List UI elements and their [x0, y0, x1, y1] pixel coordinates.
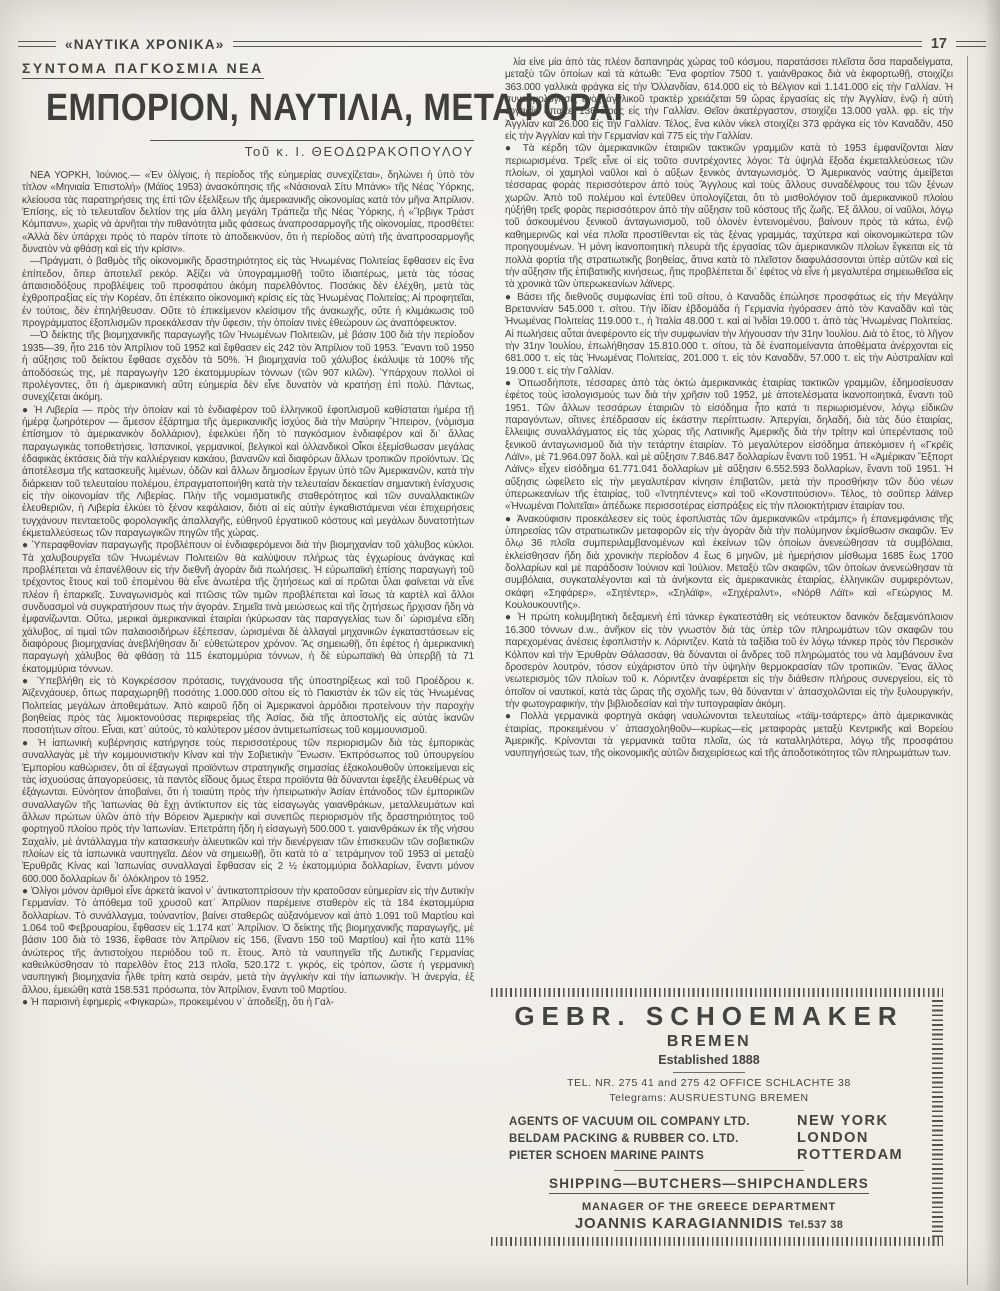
article-column-left: ΣΥΝΤΟΜΑ ΠΑΓΚΟΣΜΙΑ ΝΕΑ ΕΜΠΟΡΙΟΝ, ΝΑΥΤΙΛΙΑ…: [22, 60, 474, 1282]
ad-agents-list: AGENTS OF VACUUM OIL COMPANY LTD. NEW YO…: [509, 1113, 923, 1163]
scan-edge-shadow: [984, 0, 1000, 1291]
byline-rule: Τοῦ κ. Ι. ΘΕΟΔΩΡΑΚΟΠΟΥΛΟΥ: [150, 140, 474, 161]
ad-agent-name: BELDAM PACKING & RUBBER CO. LTD.: [509, 1133, 797, 1145]
ad-agent-city: ROTTERDAM: [797, 1147, 903, 1163]
ad-divider-rule: [673, 1072, 745, 1073]
article-paragraph: λία εἶνε μία ἀπὸ τὰς πλέον δαπανηρὰς χώρ…: [505, 57, 953, 143]
article-body-column-2: λία εἶνε μία ἀπὸ τὰς πλέον δαπανηρὰς χώρ…: [505, 57, 953, 985]
ad-established: Established 1888: [495, 1053, 923, 1067]
article-paragraph: —Ὁ δείκτης τῆς βιομηχανικῆς παραγωγῆς τῶ…: [22, 330, 474, 404]
ad-agent-city: NEW YORK: [797, 1113, 889, 1129]
ad-agent-city: LONDON: [797, 1130, 869, 1146]
article-byline: Τοῦ κ. Ι. ΘΕΟΔΩΡΑΚΟΠΟΥΛΟΥ: [245, 144, 474, 159]
ad-manager-name-text: JOANNIS KARAGIANNIDIS: [575, 1215, 783, 1232]
article-paragraph: —Πράγματι, ὁ βαθμὸς τῆς οἰκονομικῆς δρασ…: [22, 256, 474, 330]
section-kicker: ΣΥΝΤΟΜΑ ΠΑΓΚΟΣΜΙΑ ΝΕΑ: [22, 60, 264, 79]
article-paragraph: ΝΕΑ ΥΟΡΚΗ, Ἰούνιος.— «Ἐν ὀλίγοις, ἡ περί…: [22, 170, 474, 256]
right-margin-rule: [967, 56, 968, 1285]
ad-telegrams-line: Telegrams: AUSRUESTUNG BREMEN: [495, 1092, 923, 1104]
page-number: 17: [931, 36, 947, 52]
article-paragraph: ● Ὑπεβλήθη εἰς τὸ Κογκρέσσον πρότασις, τ…: [22, 676, 474, 738]
article-paragraph: ● Ἀνακούφισιν προεκάλεσεν εἰς τοὺς ἐφοπλ…: [505, 514, 953, 613]
ad-border-right: [932, 997, 943, 1237]
ad-company-name: GEBR. SCHOEMAKER: [495, 1001, 923, 1032]
header-rule-right: [956, 41, 986, 47]
advertisement-schoemaker: GEBR. SCHOEMAKER BREMEN Established 1888…: [491, 988, 943, 1246]
ad-agent-name: PIETER SCHOEN MARINE PAINTS: [509, 1150, 797, 1162]
article-paragraph: ● Τὰ κέρδη τῶν ἀμερικανικῶν ἑταιριῶν τακ…: [505, 143, 953, 291]
page-header: «ΝΑΥΤΙΚΑ ΧΡΟΝΙΚΑ» 17: [18, 36, 986, 52]
article-paragraph: ● Ὀλίγοι μόνον ἀριθμοὶ εἶνε ἀρκετὰ ἱκανο…: [22, 886, 474, 997]
article-paragraph: ● Πολλὰ γερμανικὰ φορτηγὰ σκάφη ναυλώνον…: [505, 711, 953, 760]
article-paragraph: ● Ἡ Λιβερία — πρὸς τὴν ὁποίαν καὶ τὸ ἐνδ…: [22, 405, 474, 541]
article-paragraph: ● Ὁπωσδήποτε, τέσσαρες ἀπὸ τὰς ὀκτὼ ἀμερ…: [505, 378, 953, 514]
header-rule-middle: [233, 41, 921, 47]
article-paragraph: ● Ἡ ἰαπωνικὴ κυβέρνησις κατήργησε τοὺς π…: [22, 738, 474, 886]
article-column-right: λία εἶνε μία ἀπὸ τὰς πλέον δαπανηρὰς χώρ…: [505, 57, 953, 985]
article-paragraph: ● Ὑπεραφθονίαν παραγωγῆς προβλέπουν οἱ ἐ…: [22, 540, 474, 676]
article-paragraph: ● Βάσει τῆς διεθνοῦς συμφωνίας ἐπὶ τοῦ σ…: [505, 292, 953, 378]
ad-agent-row: PIETER SCHOEN MARINE PAINTS ROTTERDAM: [509, 1147, 923, 1163]
ad-services-line: SHIPPING—BUTCHERS—SHIPCHANDLERS: [549, 1176, 869, 1194]
ad-manager-tel: Tel.537 38: [788, 1219, 843, 1231]
ad-agent-row: BELDAM PACKING & RUBBER CO. LTD. LONDON: [509, 1130, 923, 1146]
masthead-title: «ΝΑΥΤΙΚΑ ΧΡΟΝΙΚΑ»: [65, 37, 224, 52]
ad-agent-name: AGENTS OF VACUUM OIL COMPANY LTD.: [509, 1116, 797, 1128]
magazine-page: «ΝΑΥΤΙΚΑ ΧΡΟΝΙΚΑ» 17 ΣΥΝΤΟΜΑ ΠΑΓΚΟΣΜΙΑ Ν…: [0, 0, 1000, 1291]
article-headline: ΕΜΠΟΡΙΟΝ, ΝΑΥΤΙΛΙΑ, ΜΕΤΑΦΟΡΑΙ: [46, 86, 474, 129]
header-rule-left: [18, 41, 56, 47]
ad-content: GEBR. SCHOEMAKER BREMEN Established 1888…: [495, 1001, 923, 1232]
ad-manager-title: MANAGER OF THE GREECE DEPARTMENT: [495, 1201, 923, 1213]
article-paragraph: ● Ἡ παρισινὴ ἐφημερὶς «Φιγκαρὼ», προκειμ…: [22, 997, 474, 1009]
ad-manager-name: JOANNIS KARAGIANNIDIS Tel.537 38: [495, 1215, 923, 1232]
ad-agent-row: AGENTS OF VACUUM OIL COMPANY LTD. NEW YO…: [509, 1113, 923, 1129]
ad-border-bottom: [491, 1237, 943, 1246]
ad-company-city: BREMEN: [495, 1033, 923, 1051]
ad-border-top: [491, 988, 943, 997]
ad-telephone-line: TEL. NR. 275 41 and 275 42 OFFICE SCHLAC…: [495, 1077, 923, 1089]
article-paragraph: ● Ἡ πρώτη κολυμβητικὴ δεξαμενὴ ἐπὶ τάνκε…: [505, 612, 953, 711]
article-body-column-1: ΝΕΑ ΥΟΡΚΗ, Ἰούνιος.— «Ἐν ὀλίγοις, ἡ περί…: [22, 170, 474, 1282]
